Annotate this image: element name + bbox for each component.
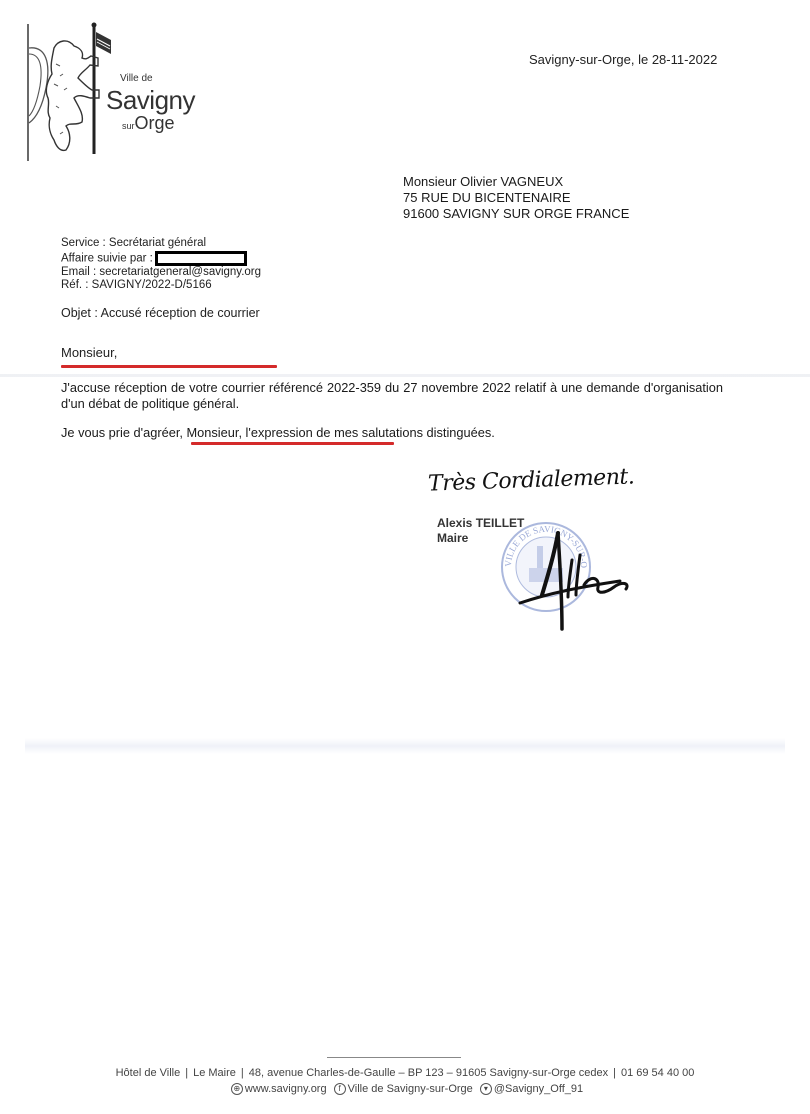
logo-orge: Orge xyxy=(135,113,175,133)
red-underline-closing xyxy=(191,442,394,445)
footer-hotel-de-ville: Hôtel de Ville xyxy=(116,1067,181,1079)
logo-ville-de: Ville de xyxy=(120,74,195,84)
footer-social-line: ⊕www.savigny.org fVille de Savigny-sur-O… xyxy=(0,1083,810,1095)
meta-service: Service : Secrétariat général xyxy=(61,237,261,251)
city-logo: Ville de Savigny surOrge xyxy=(26,18,186,163)
recipient-city: 91600 SAVIGNY SUR ORGE FRANCE xyxy=(403,206,629,222)
letter-date: Savigny-sur-Orge, le 28-11-2022 xyxy=(529,52,717,67)
scan-artifact-line xyxy=(0,374,810,377)
globe-icon: ⊕ xyxy=(231,1083,243,1095)
footer-address: 48, avenue Charles-de-Gaulle – BP 123 – … xyxy=(249,1067,608,1079)
scan-artifact-band xyxy=(25,738,785,754)
letter-subject: Objet : Accusé réception de courrier xyxy=(61,306,260,320)
redaction-box xyxy=(155,251,247,266)
meta-affaire-label: Affaire suivie par : xyxy=(61,252,153,264)
logo-sur-orge: surOrge xyxy=(122,114,195,133)
recipient-address: Monsieur Olivier VAGNEUX 75 RUE DU BICEN… xyxy=(403,174,629,222)
meta-reference: Réf. : SAVIGNY/2022-D/5166 xyxy=(61,279,261,293)
meta-affaire: Affaire suivie par : xyxy=(61,251,261,266)
footer-facebook[interactable]: Ville de Savigny-sur-Orge xyxy=(348,1083,473,1095)
handwritten-note: Très Cordialement. xyxy=(428,464,635,496)
handwritten-signature xyxy=(510,525,640,635)
red-underline-salutation xyxy=(61,365,277,368)
signature-icon xyxy=(510,525,640,635)
recipient-name: Monsieur Olivier VAGNEUX xyxy=(403,174,629,190)
letter-body: J'accuse réception de votre courrier réf… xyxy=(61,380,723,411)
twitter-icon: ▾ xyxy=(480,1083,492,1095)
letter-meta: Service : Secrétariat général Affaire su… xyxy=(61,237,261,293)
salutation: Monsieur, xyxy=(61,345,117,360)
facebook-icon: f xyxy=(334,1083,346,1095)
footer-le-maire: Le Maire xyxy=(193,1067,236,1079)
logo-sur: sur xyxy=(122,121,135,131)
footer-address-line: Hôtel de Ville|Le Maire|48, avenue Charl… xyxy=(0,1067,810,1079)
footer-twitter[interactable]: @Savigny_Off_91 xyxy=(494,1083,583,1095)
recipient-street: 75 RUE DU BICENTENAIRE xyxy=(403,190,629,206)
meta-email: Email : secretariatgeneral@savigny.org xyxy=(61,266,261,280)
footer-divider xyxy=(327,1057,461,1058)
logo-wordmark: Ville de Savigny surOrge xyxy=(106,74,195,133)
footer-phone: 01 69 54 40 00 xyxy=(621,1067,694,1079)
closing-after: tations distinguées. xyxy=(385,425,495,440)
closing-highlighted: Monsieur, l'expression de mes salu xyxy=(187,425,386,440)
closing-before: Je vous prie d'agréer, xyxy=(61,425,187,440)
letter-closing: Je vous prie d'agréer, Monsieur, l'expre… xyxy=(61,425,495,440)
footer-website[interactable]: www.savigny.org xyxy=(245,1083,327,1095)
logo-savigny: Savigny xyxy=(106,87,195,113)
